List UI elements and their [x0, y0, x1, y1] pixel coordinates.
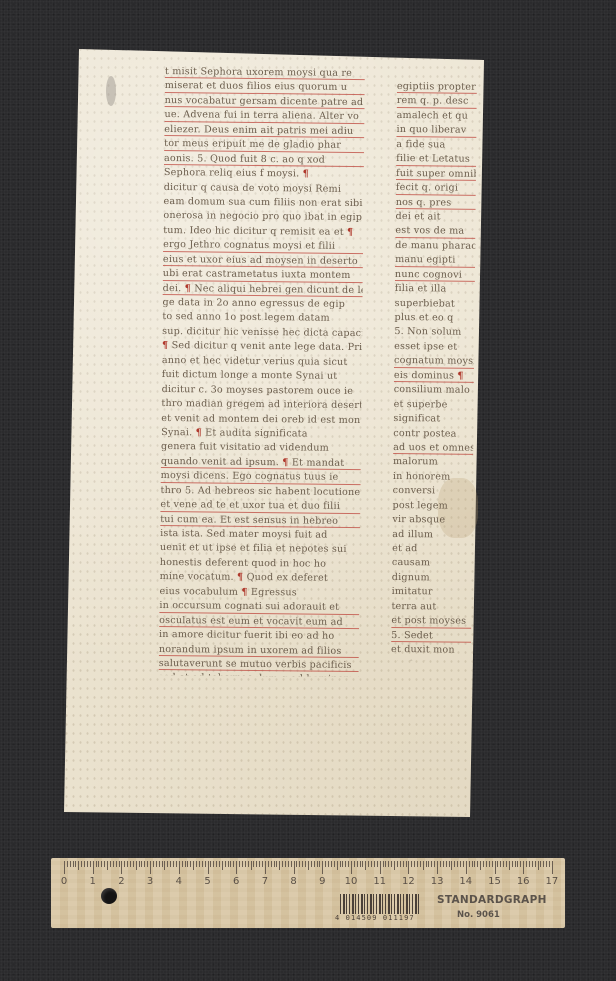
ruler-tick: [239, 861, 240, 867]
ruler-tick: [540, 861, 541, 867]
ruler-tick: [124, 861, 125, 867]
ruler-tick: [388, 861, 389, 867]
manuscript-line: 5. Non solum: [394, 325, 474, 340]
ruler-tick: [233, 861, 234, 867]
manuscript-line: imitatur: [392, 585, 472, 600]
ruler-tick: [219, 861, 220, 867]
manuscript-line: et post moyses: [391, 614, 471, 629]
ruler-tick: [294, 861, 295, 874]
ruler-tick: [230, 861, 231, 867]
ruler-tick: [164, 861, 165, 870]
manuscript-line: malorum: [393, 455, 473, 470]
ruler-tick: [451, 861, 452, 870]
ruler-tick: [265, 861, 266, 874]
ruler-tick: [426, 861, 427, 867]
ruler-tick: [291, 861, 292, 867]
ruler-tick: [67, 861, 68, 867]
ruler-tick: [101, 861, 102, 867]
ruler-tick: [408, 861, 409, 874]
ruler-tick: [440, 861, 441, 867]
ruler-label: 3: [147, 876, 153, 887]
ruler-tick: [107, 861, 108, 870]
ruler-tick: [526, 861, 527, 867]
ruler-tick: [193, 861, 194, 870]
rubric-mark: ¶: [241, 587, 247, 598]
ruler-label: 8: [290, 876, 296, 887]
ruler-tick: [185, 861, 186, 867]
ruler-tick: [208, 861, 209, 874]
ruler-tick: [210, 861, 211, 867]
ruler-tick: [139, 861, 140, 867]
ruler-tick: [242, 861, 243, 867]
ruler-tick: [357, 861, 358, 867]
ruler-tick: [328, 861, 329, 867]
ruler-tick: [365, 861, 366, 870]
ruler-tick: [543, 861, 544, 867]
ruler-tick: [466, 861, 467, 874]
manuscript-line: 5. Sedet: [391, 629, 471, 644]
ruler-tick: [199, 861, 200, 867]
rubric-mark: ¶: [347, 227, 353, 238]
ruler-label: 9: [319, 876, 325, 887]
manuscript-line: cognatum moysi: [394, 354, 474, 369]
ruler-tick: [377, 861, 378, 867]
manuscript-line: post legem: [392, 499, 472, 514]
ruler-tick: [391, 861, 392, 867]
ruler-tick: [394, 861, 395, 870]
ruler-tick: [420, 861, 421, 867]
ruler-tick: [141, 861, 142, 867]
ruler-tick: [469, 861, 470, 867]
manuscript-line: manu egipti: [395, 253, 475, 268]
manuscript-line: significat: [393, 412, 473, 427]
ruler-tick: [279, 861, 280, 870]
ruler-tick: [136, 861, 137, 870]
ruler-tick: [176, 861, 177, 867]
ruler-tick: [340, 861, 341, 867]
ruler-tick: [288, 861, 289, 867]
ruler-tick: [121, 861, 122, 874]
ruler-tick: [87, 861, 88, 867]
manuscript-line: nos q. pres: [396, 195, 476, 210]
ruler-tick: [397, 861, 398, 867]
ruler-tick: [325, 861, 326, 867]
ruler-tick: [360, 861, 361, 867]
right-text-column: egiptiis propterrem q. p. descamalech et…: [391, 80, 477, 661]
manuscript-line: conversi: [393, 484, 473, 499]
ruler-tick: [443, 861, 444, 867]
manuscript-line: amalech et qu: [397, 109, 477, 124]
ruler-tick: [449, 861, 450, 867]
manuscript-line: in honorem: [393, 470, 473, 485]
ruler-tick: [205, 861, 206, 867]
ruler-tick: [472, 861, 473, 867]
rubric-mark: ¶: [303, 169, 309, 180]
ruler-tick: [500, 861, 501, 867]
ruler-brand: STANDARDGRAPH: [437, 894, 547, 906]
manuscript-line: ad illum: [392, 528, 472, 543]
manuscript-line: est vos de ma: [395, 224, 475, 239]
ruler-tick: [331, 861, 332, 867]
rubric-mark: ¶: [282, 457, 288, 468]
ruler-tick: [93, 861, 94, 874]
ruler-tick: [546, 861, 547, 867]
measurement-ruler: 01234567891011121314151617 4 014509 0111…: [51, 858, 565, 928]
ruler-tick: [368, 861, 369, 867]
ruler-tick: [417, 861, 418, 867]
ruler-tick: [317, 861, 318, 867]
rubric-mark: ¶: [237, 572, 243, 583]
manuscript-line: egiptiis propter: [397, 80, 477, 95]
ruler-label: 14: [459, 876, 472, 887]
ruler-tick: [236, 861, 237, 874]
ruler-tick: [446, 861, 447, 867]
ruler-tick: [259, 861, 260, 867]
ruler-label: 16: [517, 876, 530, 887]
ruler-tick: [512, 861, 513, 867]
manuscript-line: dignum: [392, 571, 472, 586]
ruler-tick: [371, 861, 372, 867]
manuscript-line: de manu pharaonis: [395, 239, 475, 254]
ruler-tick: [477, 861, 478, 867]
ruler-tick: [225, 861, 226, 867]
ruler-tick: [84, 861, 85, 867]
ruler-label: 12: [402, 876, 415, 887]
manuscript-line: ad uos et omnes: [393, 441, 473, 456]
ruler-tick: [96, 861, 97, 867]
ruler-tick: [457, 861, 458, 867]
ruler-label: 6: [233, 876, 239, 887]
rubric-mark: ¶: [185, 283, 191, 294]
ruler-label: 5: [204, 876, 210, 887]
ruler-tick: [311, 861, 312, 867]
ruler-tick: [400, 861, 401, 867]
ruler-tick: [322, 861, 323, 874]
ruler-tick: [262, 861, 263, 867]
ruler-tick: [503, 861, 504, 867]
ruler-label: 0: [61, 876, 67, 887]
manuscript-line: eis dominus ¶: [394, 369, 474, 384]
ruler-tick: [245, 861, 246, 867]
ruler-tick: [274, 861, 275, 867]
manuscript-line: fuit super omnibus: [396, 167, 476, 182]
ruler-tick: [144, 861, 145, 867]
ruler-tick: [460, 861, 461, 867]
manuscript-line: rem q. p. desc: [397, 94, 477, 109]
ruler-tick: [345, 861, 346, 867]
ruler-tick: [147, 861, 148, 867]
ruler-tick: [483, 861, 484, 867]
ruler-scale: 01234567891011121314151617: [51, 858, 565, 888]
main-text-column: t misit Sephora uxorem moysi qua remiser…: [159, 65, 365, 677]
ruler-tick: [150, 861, 151, 874]
ruler-tick: [385, 861, 386, 867]
ruler-tick: [159, 861, 160, 867]
ruler-tick: [113, 861, 114, 867]
ruler-tick: [222, 861, 223, 870]
ruler-tick: [248, 861, 249, 867]
ruler-tick: [489, 861, 490, 867]
ruler-tick: [110, 861, 111, 867]
manuscript-line: et superbe: [394, 398, 474, 413]
stain-mark: [106, 76, 116, 106]
ruler-tick: [271, 861, 272, 867]
ruler-label: 7: [262, 876, 268, 887]
ruler-tick: [414, 861, 415, 867]
ruler-tick: [423, 861, 424, 870]
ruler-tick: [517, 861, 518, 867]
manuscript-line: plus et eo q: [394, 311, 474, 326]
ruler-label: 13: [431, 876, 444, 887]
ruler-tick: [406, 861, 407, 867]
ruler-tick: [305, 861, 306, 867]
ruler-tick: [213, 861, 214, 867]
ruler-tick: [179, 861, 180, 874]
ruler-tick: [538, 861, 539, 870]
barcode-number: 4 014509 011197: [335, 914, 415, 922]
ruler-tick: [348, 861, 349, 867]
manuscript-line: et ad: [392, 542, 472, 557]
ruler-tick: [104, 861, 105, 867]
ruler-tick: [153, 861, 154, 867]
ruler-tick: [411, 861, 412, 867]
rubric-mark: ¶: [457, 370, 463, 381]
ruler-tick: [383, 861, 384, 867]
ruler-tick: [202, 861, 203, 867]
ruler-tick: [182, 861, 183, 867]
ruler-tick: [437, 861, 438, 874]
ruler-tick: [282, 861, 283, 867]
ruler-tick: [515, 861, 516, 867]
ruler-tick: [319, 861, 320, 867]
ruler-tick: [133, 861, 134, 867]
ruler-label: 11: [373, 876, 386, 887]
ruler-tick: [486, 861, 487, 867]
manuscript-line: causam: [392, 556, 472, 571]
ruler-tick: [216, 861, 217, 867]
manuscript-line: in quo liberav: [396, 123, 476, 138]
ruler-model: No. 9061: [457, 910, 500, 920]
ruler-hanging-hole: [101, 888, 117, 904]
ruler-tick: [523, 861, 524, 874]
ruler-tick: [285, 861, 286, 867]
ruler-tick: [535, 861, 536, 867]
manuscript-line: terra aut: [391, 600, 471, 615]
ruler-tick: [251, 861, 252, 870]
ruler-tick: [342, 861, 343, 867]
ruler-label: 1: [90, 876, 96, 887]
ruler-label: 4: [176, 876, 182, 887]
ruler-tick: [228, 861, 229, 867]
ruler-tick: [302, 861, 303, 867]
ruler-tick: [362, 861, 363, 867]
ruler-tick: [253, 861, 254, 867]
ruler-tick: [167, 861, 168, 867]
ruler-tick: [497, 861, 498, 867]
manuscript-line: fecit q. origi: [396, 181, 476, 196]
ruler-tick: [314, 861, 315, 867]
ruler-tick: [308, 861, 309, 870]
ruler-tick: [173, 861, 174, 867]
ruler-tick: [73, 861, 74, 867]
ruler-tick: [552, 861, 553, 874]
ruler-tick: [434, 861, 435, 867]
manuscript-line: dei et ait: [395, 210, 475, 225]
manuscript-line: consilium malo: [394, 383, 474, 398]
manuscript-line: et duxit mon: [391, 643, 471, 658]
ruler-tick: [492, 861, 493, 867]
ruler-tick: [156, 861, 157, 867]
ruler-tick: [170, 861, 171, 867]
barcode-icon: [340, 894, 420, 914]
ruler-tick: [78, 861, 79, 870]
ruler-tick: [256, 861, 257, 867]
rubric-mark: ¶: [162, 340, 168, 351]
ruler-tick: [75, 861, 76, 867]
ruler-tick: [351, 861, 352, 874]
ruler-tick: [98, 861, 99, 867]
ruler-tick: [380, 861, 381, 874]
ruler-tick: [520, 861, 521, 867]
ruler-tick: [431, 861, 432, 867]
ruler-label: 10: [345, 876, 358, 887]
manuscript-line: esset ipse et: [394, 340, 474, 355]
ruler-tick: [334, 861, 335, 867]
manuscript-line: superbiebat: [395, 297, 475, 312]
ruler-tick: [196, 861, 197, 867]
ruler-tick: [64, 861, 65, 874]
ruler-tick: [276, 861, 277, 867]
ruler-tick: [296, 861, 297, 867]
ruler-tick: [374, 861, 375, 867]
ruler-tick: [532, 861, 533, 867]
ruler-tick: [454, 861, 455, 867]
ruler-tick: [127, 861, 128, 867]
ruler-tick: [81, 861, 82, 867]
manuscript-line: vir absque: [392, 513, 472, 528]
ruler-tick: [354, 861, 355, 867]
ruler-tick: [187, 861, 188, 867]
ruler-label: 2: [118, 876, 124, 887]
rubric-mark: ¶: [196, 427, 202, 438]
ruler-tick: [116, 861, 117, 867]
ruler-tick: [463, 861, 464, 867]
ruler-tick: [474, 861, 475, 867]
ruler-tick: [190, 861, 191, 867]
ruler-label: 17: [546, 876, 559, 887]
ruler-tick: [509, 861, 510, 870]
ruler-tick: [90, 861, 91, 867]
ruler-tick: [506, 861, 507, 867]
ruler-tick: [428, 861, 429, 867]
ruler-tick: [70, 861, 71, 867]
manuscript-line: filie et Letatus: [396, 152, 476, 167]
ruler-tick: [162, 861, 163, 867]
ruler-tick: [299, 861, 300, 867]
manuscript-line: nunc cognovi: [395, 268, 475, 283]
manuscript-line: filia et illa: [395, 282, 475, 297]
ruler-tick: [119, 861, 120, 867]
manuscript-line: a fide sua: [396, 138, 476, 153]
ruler-tick: [529, 861, 530, 867]
ruler-tick: [403, 861, 404, 867]
ruler-label: 15: [488, 876, 501, 887]
ruler-tick: [495, 861, 496, 874]
ruler-tick: [130, 861, 131, 867]
manuscript-line: contr postea: [393, 426, 473, 441]
photo-scene: t misit Sephora uxorem moysi qua remiser…: [0, 0, 616, 981]
ruler-tick: [337, 861, 338, 870]
ruler-tick: [480, 861, 481, 870]
ruler-tick: [268, 861, 269, 867]
ruler-tick: [549, 861, 550, 867]
